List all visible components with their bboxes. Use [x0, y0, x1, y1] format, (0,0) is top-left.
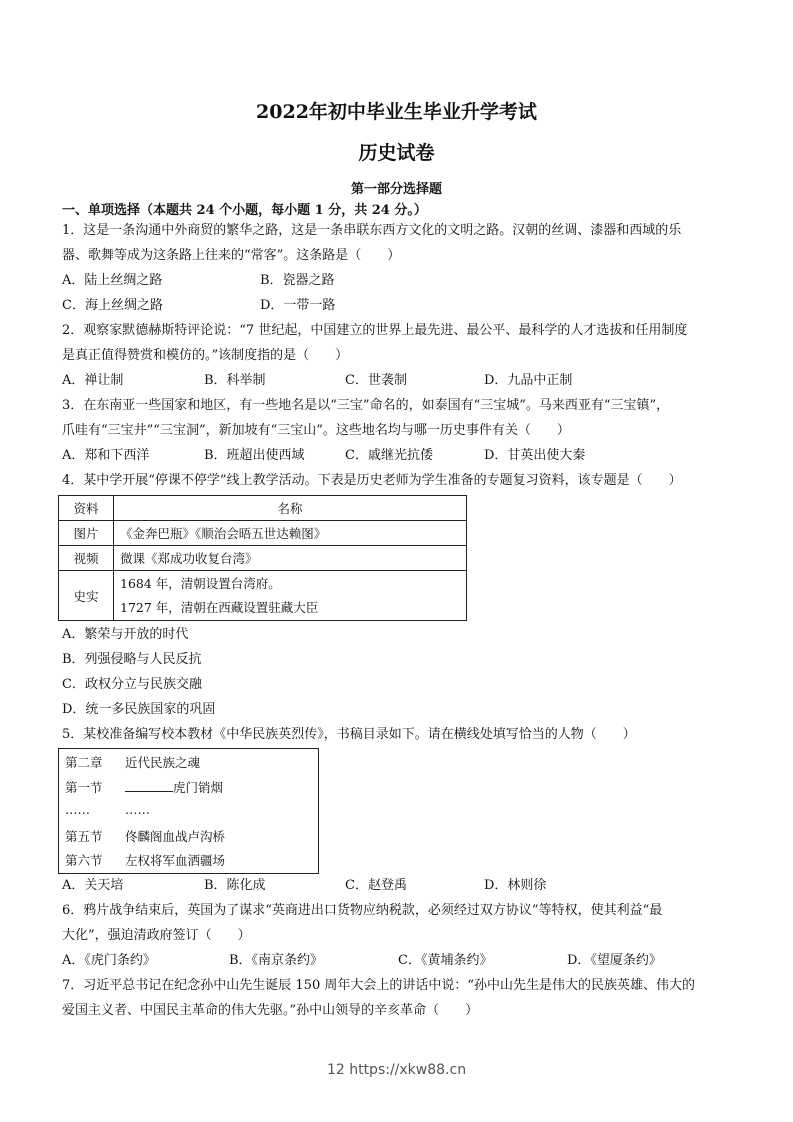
question-4-option-d: D．统一多民族国家的巩固 [62, 701, 215, 719]
outline-ellipsis: …… [125, 802, 150, 817]
question-4-option-b: B．列强侵略与人民反抗 [62, 651, 202, 669]
question-2-option-d: D．九品中正制 [484, 372, 572, 390]
question-1-option-a: A．陆上丝绸之路 [62, 272, 162, 290]
outline-row: 第一节虎门销烟 [65, 778, 223, 796]
question-1-option-c: C．海上丝绸之路 [62, 297, 163, 315]
section-heading: 一、单项选择（本题共 24 个小题，每小题 1 分，共 24 分。） [62, 199, 427, 218]
outline-row: 第二章近代民族之魂 [65, 753, 200, 771]
question-5-option-b: B．陈化成 [204, 877, 266, 895]
question-6-text: 大化”，强迫清政府签订（ ） [62, 927, 251, 945]
question-6-option-a: A．《虎门条约》 [62, 952, 156, 970]
question-6-option-b: B．《南京条约》 [229, 952, 323, 970]
exam-page: 2022年初中毕业生毕业升学考试 历史试卷 第一部分选择题 一、单项选择（本题共… [0, 0, 793, 1122]
question-5-text: 5．某校准备编写校本教材《中华民族英烈传》，书稿目录如下。请在横线处填写恰当的人… [62, 726, 636, 744]
fact-line: 1727 年，清朝在西藏设置驻藏大臣 [120, 596, 460, 620]
question-2-text: 是真正值得赞赏和模仿的。”该制度指的是（ ） [62, 347, 348, 365]
outline-ellipsis: …… [65, 802, 125, 817]
question-5-option-d: D．林则徐 [484, 877, 546, 895]
table-cell-content: 《金奔巴瓶》《顺治会晤五世达赖图》 [114, 521, 467, 546]
outline-section: 第五节 [65, 827, 125, 845]
exam-title: 2022年初中毕业生毕业升学考试 [0, 97, 793, 124]
table-cell-label: 史实 [59, 571, 114, 621]
question-1-option-d: D．一带一路 [260, 297, 335, 315]
question-5-outline-box: 第二章近代民族之魂 第一节虎门销烟 ………… 第五节佟麟阁血战卢沟桥 第六节左权… [58, 748, 319, 874]
question-4-table: 资料 名称 图片 《金奔巴瓶》《顺治会晤五世达赖图》 视频 微课《郑成功收复台湾… [58, 495, 467, 621]
outline-title: 左权将军血洒疆场 [125, 853, 225, 868]
part-heading: 第一部分选择题 [0, 178, 793, 197]
question-3-text: 3．在东南亚一些国家和地区，有一些地名是以“三宝”命名的，如泰国有“三宝城”。马… [62, 397, 669, 415]
question-7-text: 7．习近平总书记在纪念孙中山先生诞辰 150 周年大会上的讲话中说：“孙中山先生… [62, 977, 695, 995]
question-4-option-c: C．政权分立与民族交融 [62, 676, 202, 694]
table-cell-label: 图片 [59, 521, 114, 546]
question-3-option-c: C．戚继光抗倭 [345, 447, 433, 465]
table-cell-content: 1684 年，清朝设置台湾府。 1727 年，清朝在西藏设置驻藏大臣 [114, 571, 467, 621]
question-4-option-a: A．繁荣与开放的时代 [62, 626, 188, 644]
outline-row: ………… [65, 802, 150, 817]
table-cell-label: 视频 [59, 546, 114, 571]
table-header-name: 名称 [114, 496, 467, 521]
table-row: 图片 《金奔巴瓶》《顺治会晤五世达赖图》 [59, 521, 467, 546]
question-7-text: 爱国主义者、中国民主革命的伟大先驱。”孙中山领导的辛亥革命（ ） [62, 1002, 478, 1020]
outline-title: 近代民族之魂 [125, 755, 200, 770]
outline-section: 第六节 [65, 851, 125, 869]
question-1-option-b: B．瓷器之路 [260, 272, 335, 290]
question-4-text: 4．某中学开展“停课不停学”线上教学活动。下表是历史老师为学生准备的专题复习资料… [62, 472, 682, 490]
exam-subject: 历史试卷 [0, 138, 793, 165]
outline-chapter: 第二章 [65, 753, 125, 771]
question-2-text: 2．观察家默德赫斯特评论说：“7 世纪起，中国建立的世界上最先进、最公平、最科学… [62, 322, 687, 340]
table-cell-content: 微课《郑成功收复台湾》 [114, 546, 467, 571]
question-6-option-c: C．《黄埔条约》 [398, 952, 492, 970]
question-5-option-c: C．赵登禹 [345, 877, 407, 895]
question-1-text: 1．这是一条沟通中外商贸的繁华之路，这是一条串联东西方文化的文明之路。汉朝的丝调… [62, 222, 681, 240]
question-2-option-b: B．科举制 [204, 372, 266, 390]
question-3-option-b: B．班超出使西域 [204, 447, 305, 465]
question-1-text: 器、歌舞等成为这条路上往来的“常客”。这条路是（ ） [62, 247, 400, 265]
outline-row: 第五节佟麟阁血战卢沟桥 [65, 827, 225, 845]
question-3-option-a: A．郑和下西洋 [62, 447, 149, 465]
question-5-option-a: A．关天培 [62, 877, 123, 895]
outline-row: 第六节左权将军血洒疆场 [65, 851, 225, 869]
table-row: 视频 微课《郑成功收复台湾》 [59, 546, 467, 571]
question-3-option-d: D．甘英出使大秦 [484, 447, 585, 465]
fill-in-blank [125, 779, 173, 792]
question-6-text: 6．鸦片战争结束后，英国为了谋求“英商进出口货物应纳税款，必须经过双方协议”等特… [62, 902, 662, 920]
table-row: 史实 1684 年，清朝设置台湾府。 1727 年，清朝在西藏设置驻藏大臣 [59, 571, 467, 621]
question-2-option-a: A．禅让制 [62, 372, 123, 390]
outline-title: 虎门销烟 [173, 780, 223, 795]
question-2-option-c: C．世袭制 [345, 372, 407, 390]
outline-section: 第一节 [65, 778, 125, 796]
table-header-material: 资料 [59, 496, 114, 521]
question-6-option-d: D．《望厦条约》 [567, 952, 662, 970]
question-3-text: 爪哇有“三宝井”“三宝洞”，新加坡有“三宝山”。这些地名均与哪一历史事件有关（ … [62, 422, 570, 440]
page-footer: 12 https://xkw88.cn [0, 1062, 793, 1078]
outline-title: 佟麟阁血战卢沟桥 [125, 829, 225, 844]
fact-line: 1684 年，清朝设置台湾府。 [120, 572, 460, 596]
